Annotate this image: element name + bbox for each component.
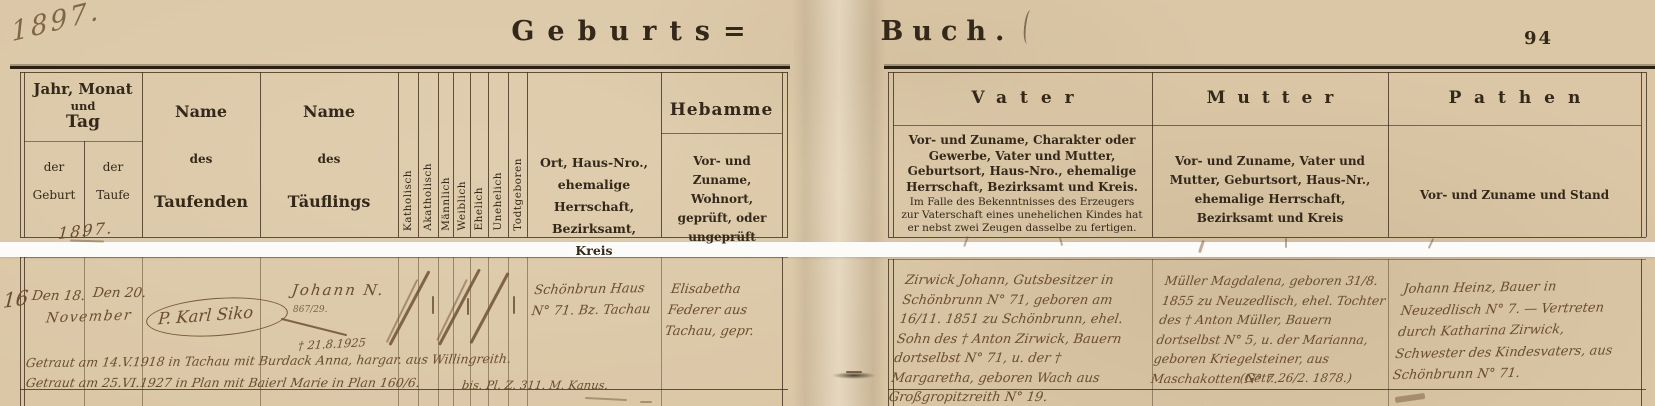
midwife-column-title: Hebamme [661,100,782,120]
tick-mark [467,298,469,315]
rule [1388,125,1641,126]
godparents-entry: Johann Heinz, Bauer in Neuzedlisch N° 7.… [1391,275,1642,387]
status-column-maennlich: Männlich [438,72,453,237]
baptism-day-entry: Den 20. [92,285,148,301]
page-title-left: Geburts= [505,16,765,47]
baptizer-column-des: des [142,152,260,166]
rule [20,72,21,237]
status-mark-katholisch [386,279,418,343]
rule [884,66,1655,69]
status-column-weiblich: Weiblich [453,72,470,237]
mother-column-desc: Vor- und Zuname, Vater und Mutter, Gebur… [1160,152,1380,228]
mother-marriage-note: (Getr. 26/2. 1878.) [1239,371,1353,385]
status-label: Katholisch [402,170,414,231]
midwife-column-desc: Vor- und Zuname, Wohnort, geprüft, oder … [666,152,778,247]
status-label: Akatholisch [422,163,434,231]
status-column-akatholisch: Akatholisch [418,72,438,237]
status-column-katholisch: Katholisch [398,72,418,237]
row-number: 16 [2,285,29,313]
birth-subheader-geburt: Geburt [33,188,76,202]
rule [888,259,889,406]
place-entry: Schönbrun Haus N° 71. Bz. Tachau [530,278,661,322]
baptizer-column-taufenden: Taufenden [142,192,260,211]
father-column-title: Vater [893,88,1152,108]
rule [787,72,788,237]
birth-subheader-der: der [44,160,65,174]
page-number: 94 [1524,28,1553,49]
rule [20,257,788,258]
father-entry: Zirwick Johann, Gutsbesitzer in Schönbru… [887,271,1156,406]
baptizer-column-name: Name [142,102,260,121]
child-name-entry: Johann N. [291,281,386,299]
tick-mark [432,296,434,314]
child-column-des: des [260,152,398,166]
ink-remnant [1395,393,1426,403]
scan-seam-band [0,242,1655,257]
status-mark-maennlich [436,279,468,341]
status-column-todtgeboren: Todtgeboren [508,72,527,237]
rule [661,133,782,134]
status-label: Todtgeboren [512,158,524,231]
child-column-taeuflings: Täuflings [260,192,398,211]
death-note: † 21.8.1925 [297,335,366,353]
pen-flourish [281,318,347,336]
rule [10,66,790,69]
marriage-note-2b: bis. Pl. Z. 311. M. Kanus. [461,378,609,392]
date-column-title-line2: und [24,99,142,113]
status-mark-katholisch [388,270,430,345]
rule [893,125,1152,126]
godparent-column-desc: Vor- und Zuname und Stand [1396,188,1633,202]
tick-mark [513,296,515,314]
rule [24,141,142,142]
year-annotation: 1897. [10,0,102,48]
godparent-column-title: Pathen [1388,88,1641,108]
rule [661,72,662,237]
birth-day-entry: Den 18. [31,288,87,304]
rule [20,257,21,406]
status-label: Männlich [440,177,452,231]
ink-remnant [1285,238,1287,248]
place-column-header: Ort, Haus-Nro., ehemalige Herrschaft, Be… [533,152,655,262]
rule [1152,125,1388,126]
rule [453,257,454,406]
date-column-title-line1: Jahr, Monat [24,80,142,98]
rule [888,237,1646,238]
status-column-unehelich: Unehelich [488,72,508,237]
status-label: Unehelich [492,172,504,231]
rule [1641,72,1642,237]
father-column-desc: Vor- und Zuname, Charakter oder Gewerbe,… [902,133,1142,195]
stray-ink-arc [1022,10,1035,45]
ink-remnant [585,397,627,401]
binding-gutter [792,0,886,406]
birth-subheader: der Geburt [24,160,84,202]
rule [438,257,439,406]
status-column-ehelich: Ehelich [470,72,488,237]
rule [888,259,1646,260]
child-column-name: Name [260,102,398,121]
page-title-right: Buch. [872,16,1022,47]
mother-column-title: Mutter [1152,88,1388,108]
rule [782,72,783,237]
rule [1646,72,1647,237]
status-label: Weiblich [456,181,468,231]
date-column-title-line3: Tag [24,112,142,132]
baptism-subheader-taufe: Taufe [96,188,130,202]
baptism-subheader: der Taufe [84,160,142,202]
status-mark-ehelich [469,272,509,344]
midwife-entry: Elisabetha Federer aus Tachau, gepr. [664,279,785,342]
ink-remnant [640,401,652,403]
rule [888,72,889,237]
baptism-subheader-der: der [103,160,124,174]
scanned-register-spread: 1897. Geburts= Buch. 94 Jahr, Monat und … [0,0,1655,406]
rule [888,72,1646,73]
reference-number: 867/29. [293,305,328,315]
status-label: Ehelich [473,187,485,231]
father-column-note: Im Falle des Bekenntnisses des Erzeugers… [900,196,1144,235]
marriage-note-2: Getraut am 25.VI.1927 in Plan mit Baierl… [25,375,421,390]
month-entry: November [45,307,133,326]
rule [527,72,528,237]
ink-blot [832,372,876,379]
